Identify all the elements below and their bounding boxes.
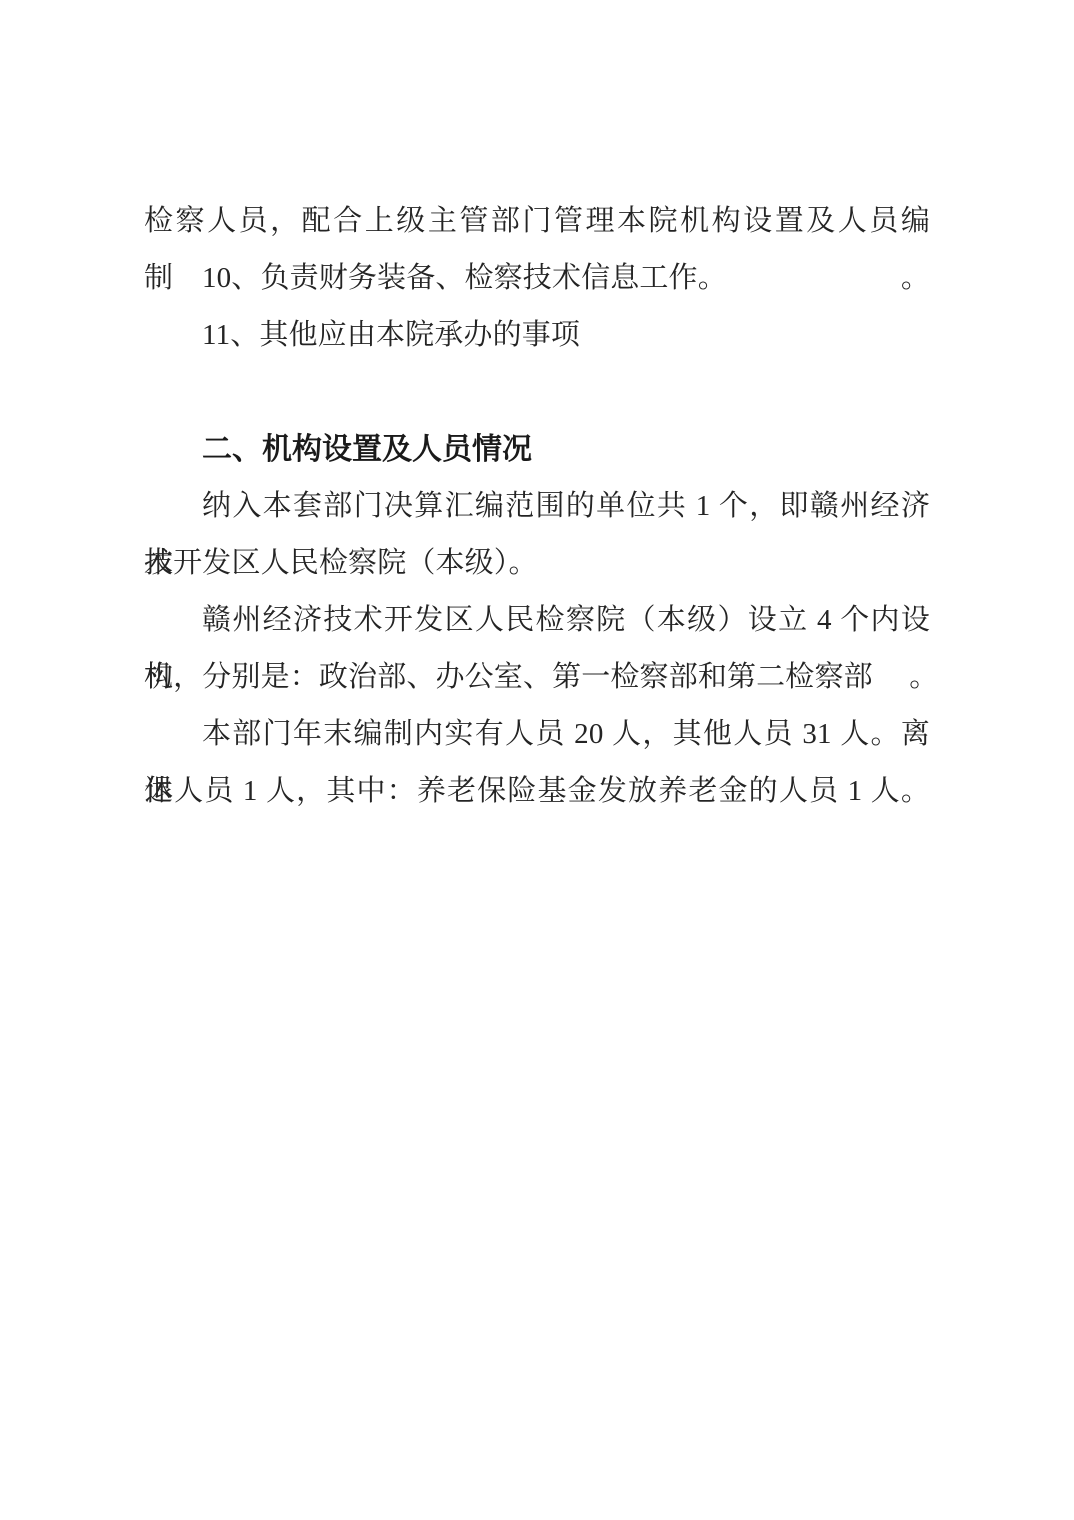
para-staff-line-1: 本部门年末编制内实有人员 20 人，其他人员 31 人。离退 xyxy=(144,706,930,763)
para-org-line-1: 赣州经济技术开发区人民检察院（本级）设立 4 个内设机 xyxy=(144,592,930,649)
blank-line xyxy=(144,364,930,421)
list-item-11: 11、其他应由本院承办的事项 xyxy=(144,307,930,364)
prev-paragraph-tail-line: 检察人员，配合上级主管部门管理本院机构设置及人员编制。 xyxy=(144,193,930,250)
para-org-line-2: 构，分别是：政治部、办公室、第一检察部和第二检察部 。 xyxy=(144,649,930,706)
page-content: 检察人员，配合上级主管部门管理本院机构设置及人员编制。 10、负责财务装备、检察… xyxy=(144,193,930,820)
para-units-line-2: 术开发区人民检察院（本级）。 xyxy=(144,535,930,592)
para-units-line-1: 纳入本套部门决算汇编范围的单位共 1 个，即赣州经济技 xyxy=(144,478,930,535)
para-staff-line-2: 休人员 1 人，其中：养老保险基金发放养老金的人员 1 人。 xyxy=(144,763,930,820)
section-2-heading: 二、机构设置及人员情况 xyxy=(144,421,930,478)
document-page: 检察人员，配合上级主管部门管理本院机构设置及人员编制。 10、负责财务装备、检察… xyxy=(0,0,1074,1520)
